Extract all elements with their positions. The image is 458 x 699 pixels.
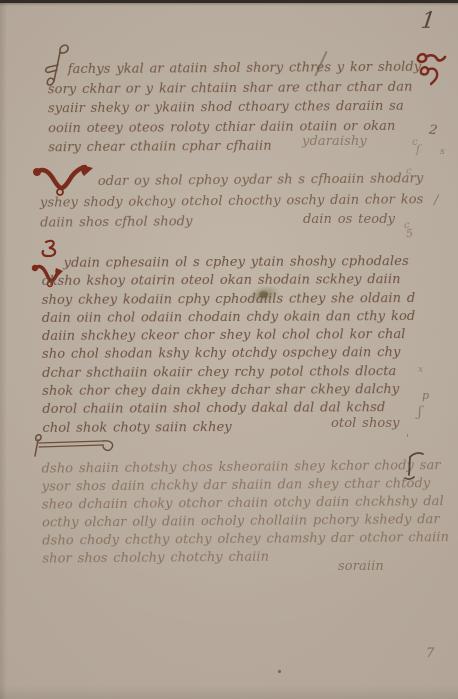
scan-top-edge-shadow [0,3,458,6]
margin-mark: 5 [405,227,413,241]
manuscript-page: 1 7 fachys ykal ar ataiin shol shory cth… [0,0,458,699]
margin-mark: x [418,365,423,375]
margin-mark: / [434,193,438,208]
paragraph-4-tail-word: soraiin [338,560,384,573]
folio-number: 1 [419,9,437,34]
margin-mark: ʃ [418,404,422,420]
margin-mark: 2 [428,122,438,138]
margin-bracket-icon [402,448,424,484]
long-arm-gallows-icon [27,432,119,460]
paragraph-2-tail-word: dain os teody [303,213,395,226]
paragraph-3: ydain cphesaiin ol s cphey ytain shoshy … [42,255,411,440]
paragraph-1-tail-word: ydaraishy [302,135,367,148]
paragraph-2: odar oy shol cphoy oydar sh s cfhoaiin s… [40,172,409,237]
margin-mark: p [422,389,429,402]
margin-mark: ' [406,432,409,445]
ink-dot [278,670,281,673]
margin-mark: s [440,147,445,157]
margin-mark: c [406,166,412,177]
red-weirdo-margin-icon [415,51,449,87]
page-number: 7 [426,646,434,661]
margin-mark: ſ [416,143,420,156]
paragraph-4: dsho shaiin chotshy chos ksheoraiin shey… [42,459,411,570]
paragraph-3-tail-word: otol shosy [331,417,400,430]
